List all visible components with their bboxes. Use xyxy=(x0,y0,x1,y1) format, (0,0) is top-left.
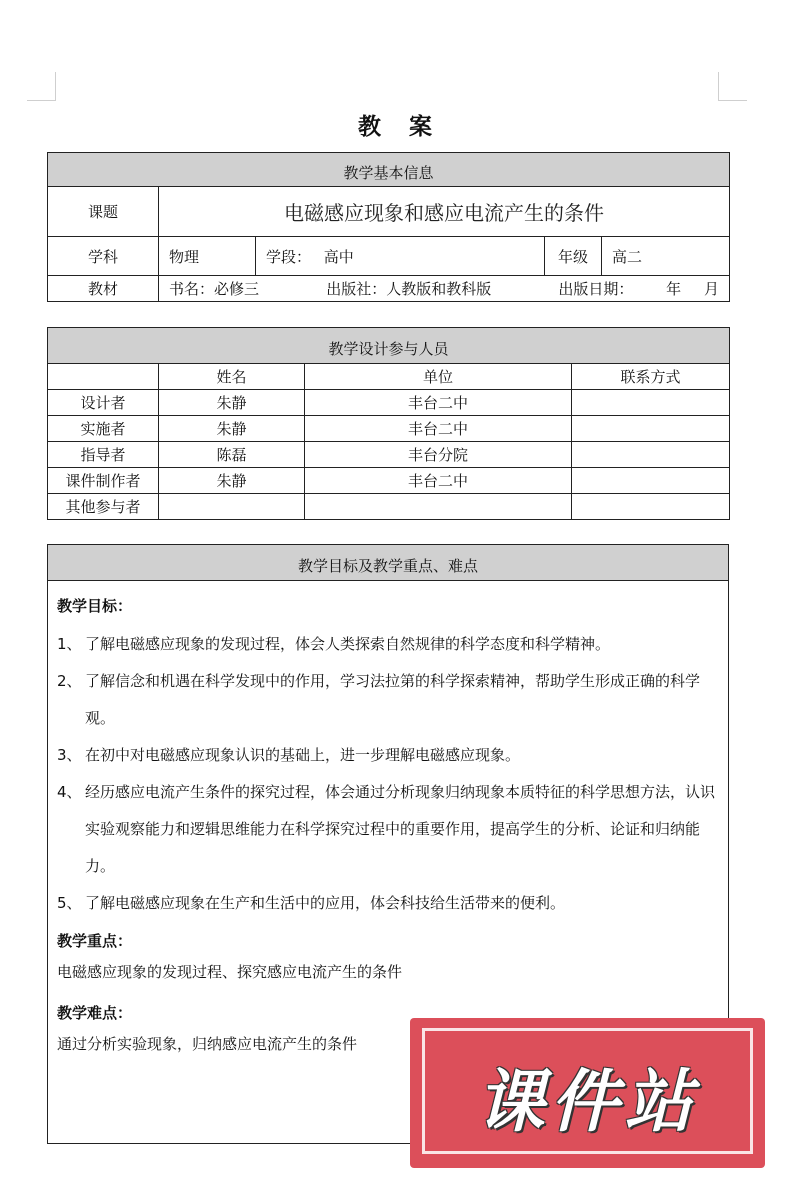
subject-value: 物理 xyxy=(159,237,256,276)
key-points-text: 电磁感应现象的发现过程、探究感应电流产生的条件 xyxy=(57,961,719,982)
stage-value: 高中 xyxy=(324,248,354,266)
textbook-label: 教材 xyxy=(48,276,159,302)
publish-year: 年 xyxy=(666,278,681,299)
publisher: 出版社：人教版和教科版 xyxy=(326,278,491,299)
participant-contact xyxy=(572,442,730,468)
goal-text: 了解电磁感应现象的发现过程，体会人类探索自然规律的科学态度和科学精神。 xyxy=(85,626,719,663)
publish-month: 月 xyxy=(704,278,719,299)
participant-unit: 丰台二中 xyxy=(305,390,572,416)
goal-number: 5、 xyxy=(57,885,85,922)
stage-label: 学段： xyxy=(266,248,311,266)
participant-unit: 丰台二中 xyxy=(305,416,572,442)
participant-contact xyxy=(572,390,730,416)
column-header xyxy=(48,364,159,390)
goal-number: 1、 xyxy=(57,626,85,663)
participant-unit xyxy=(305,494,572,520)
table-row: 设计者 朱静 丰台二中 xyxy=(48,390,730,416)
key-points-title: 教学重点： xyxy=(57,930,719,951)
column-header: 单位 xyxy=(305,364,572,390)
participant-role: 指导者 xyxy=(48,442,159,468)
goal-item: 4、 经历感应电流产生条件的探究过程，体会通过分析现象归纳现象本质特征的科学思想… xyxy=(57,774,719,885)
goal-text: 了解电磁感应现象在生产和生活中的应用，体会科技给生活带来的便利。 xyxy=(85,885,719,922)
participants-table: 教学设计参与人员 姓名 单位 联系方式 设计者 朱静 丰台二中 实施者 朱静 丰… xyxy=(47,327,730,520)
goal-number: 2、 xyxy=(57,663,85,737)
topic-value: 电磁感应现象和感应电流产生的条件 xyxy=(159,187,730,237)
participant-name: 朱静 xyxy=(159,416,305,442)
participant-role: 设计者 xyxy=(48,390,159,416)
grade-value: 高二 xyxy=(602,237,730,276)
topic-label: 课题 xyxy=(48,187,159,237)
book-name: 书名：必修三 xyxy=(169,278,259,299)
basic-info-table: 教学基本信息 课题 电磁感应现象和感应电流产生的条件 学科 物理 学段： 高中 … xyxy=(47,152,730,302)
goal-text: 了解信念和机遇在科学发现中的作用，学习法拉第的科学探索精神，帮助学生形成正确的科… xyxy=(85,663,719,737)
goal-item: 5、 了解电磁感应现象在生产和生活中的应用，体会科技给生活带来的便利。 xyxy=(57,885,719,922)
participant-role: 课件制作者 xyxy=(48,468,159,494)
participant-unit: 丰台分院 xyxy=(305,442,572,468)
column-header: 姓名 xyxy=(159,364,305,390)
grade-label: 年级 xyxy=(545,237,602,276)
participants-column-headers: 姓名 单位 联系方式 xyxy=(48,364,730,390)
participant-contact xyxy=(572,494,730,520)
basic-info-header: 教学基本信息 xyxy=(48,153,730,187)
subject-label: 学科 xyxy=(48,237,159,276)
document-title: 教 案 xyxy=(0,108,800,141)
page-corner-mark-left xyxy=(27,72,56,101)
goal-number: 4、 xyxy=(57,774,85,885)
table-row: 其他参与者 xyxy=(48,494,730,520)
goal-item: 3、 在初中对电磁感应现象认识的基础上，进一步理解电磁感应现象。 xyxy=(57,737,719,774)
page-corner-mark-right xyxy=(718,72,747,101)
table-row: 实施者 朱静 丰台二中 xyxy=(48,416,730,442)
goal-number: 3、 xyxy=(57,737,85,774)
participant-name: 朱静 xyxy=(159,390,305,416)
participant-name xyxy=(159,494,305,520)
goals-title: 教学目标： xyxy=(57,595,719,616)
participants-header: 教学设计参与人员 xyxy=(48,328,730,364)
goal-item: 2、 了解信念和机遇在科学发现中的作用，学习法拉第的科学探索精神，帮助学生形成正… xyxy=(57,663,719,737)
stage-cell: 学段： 高中 xyxy=(256,237,545,276)
watermark-text: 课件站 xyxy=(410,1048,765,1145)
participant-name: 陈磊 xyxy=(159,442,305,468)
participant-unit: 丰台二中 xyxy=(305,468,572,494)
participant-contact xyxy=(572,468,730,494)
participant-role: 其他参与者 xyxy=(48,494,159,520)
textbook-cell: 书名：必修三 出版社：人教版和教科版 出版日期： 年 月 xyxy=(159,276,730,302)
table-row: 指导者 陈磊 丰台分院 xyxy=(48,442,730,468)
participant-role: 实施者 xyxy=(48,416,159,442)
participant-name: 朱静 xyxy=(159,468,305,494)
publish-date-label: 出版日期： xyxy=(558,278,633,299)
column-header: 联系方式 xyxy=(572,364,730,390)
goal-item: 1、 了解电磁感应现象的发现过程，体会人类探索自然规律的科学态度和科学精神。 xyxy=(57,626,719,663)
goal-text: 经历感应电流产生条件的探究过程，体会通过分析现象归纳现象本质特征的科学思想方法，… xyxy=(85,774,719,885)
goal-text: 在初中对电磁感应现象认识的基础上，进一步理解电磁感应现象。 xyxy=(85,737,719,774)
watermark-stamp: 课件站 xyxy=(410,1018,765,1168)
participant-contact xyxy=(572,416,730,442)
publish-date: 出版日期： 年 月 xyxy=(558,278,719,299)
table-row: 课件制作者 朱静 丰台二中 xyxy=(48,468,730,494)
objectives-header: 教学目标及教学重点、难点 xyxy=(48,545,729,581)
